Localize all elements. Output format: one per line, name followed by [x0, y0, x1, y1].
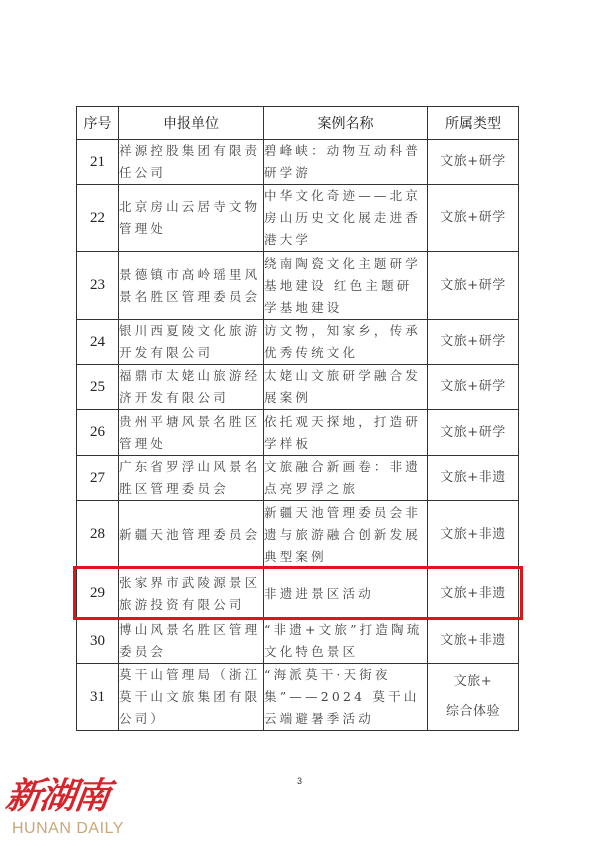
row-type-line1: 文旅+: [428, 667, 518, 697]
header-case: 案例名称: [264, 107, 428, 140]
table-row: 26 贵州平塘风景名胜区管理处 依托观天探地，打造研学样板 文旅+研学: [77, 410, 519, 456]
case-list-table: 序号 申报单位 案例名称 所属类型 21 祥源控股集团有限责任公司 碧峰峡：动物…: [76, 106, 519, 731]
row-type: 文旅+非遗: [428, 456, 519, 501]
row-number: 25: [77, 365, 119, 410]
row-number: 27: [77, 456, 119, 501]
row-case: 新疆天池管理委员会非遗与旅游融合创新发展典型案例: [264, 501, 428, 569]
row-type: 文旅+ 综合体验: [428, 664, 519, 731]
table-row: 24 银川西夏陵文化旅游开发有限公司 访文物，知家乡，传承优秀传统文化 文旅+研…: [77, 320, 519, 365]
row-case: 碧峰峡：动物互动科普研学游: [264, 140, 428, 185]
row-case: 中华文化奇迹——北京房山历史文化展走进香港大学: [264, 185, 428, 252]
row-unit: 贵州平塘风景名胜区管理处: [119, 410, 264, 456]
row-type: 文旅+非遗: [428, 501, 519, 569]
row-type: 文旅+研学: [428, 320, 519, 365]
row-number: 26: [77, 410, 119, 456]
row-case: 太姥山文旅研学融合发展案例: [264, 365, 428, 410]
header-type: 所属类型: [428, 107, 519, 140]
row-type: 文旅+研学: [428, 252, 519, 320]
row-type: 文旅+研学: [428, 410, 519, 456]
row-number: 30: [77, 619, 119, 664]
hunan-daily-logo: 新湖南 HUNAN DAILY: [6, 776, 126, 846]
row-type: 文旅+研学: [428, 365, 519, 410]
table-row: 30 博山风景名胜区管理委员会 “非遗+文旅”打造陶琉文化特色景区 文旅+非遗: [77, 619, 519, 664]
document-page: 序号 申报单位 案例名称 所属类型 21 祥源控股集团有限责任公司 碧峰峡：动物…: [0, 0, 600, 848]
row-type: 文旅+非遗: [428, 619, 519, 664]
logo-english: HUNAN DAILY: [12, 820, 126, 838]
row-number: 24: [77, 320, 119, 365]
row-case: 绕南陶瓷文化主题研学基地建设 红色主题研学基地建设: [264, 252, 428, 320]
row-unit: 福鼎市太姥山旅游经济开发有限公司: [119, 365, 264, 410]
row-number: 29: [77, 569, 119, 619]
table-header-row: 序号 申报单位 案例名称 所属类型: [77, 107, 519, 140]
row-unit: 新疆天池管理委员会: [119, 501, 264, 569]
row-type-line2: 综合体验: [428, 697, 518, 727]
row-number: 28: [77, 501, 119, 569]
row-unit: 北京房山云居寺文物管理处: [119, 185, 264, 252]
row-number: 22: [77, 185, 119, 252]
row-case: 文旅融合新画卷：非遗点亮罗浮之旅: [264, 456, 428, 501]
row-number: 31: [77, 664, 119, 731]
table-row: 31 莫干山管理局（浙江莫干山文旅集团有限公司） “海派莫干·天街夜集”——20…: [77, 664, 519, 731]
table-row-highlighted: 29 张家界市武陵源景区旅游投资有限公司 非遗进景区活动 文旅+非遗: [77, 569, 519, 619]
row-unit: 博山风景名胜区管理委员会: [119, 619, 264, 664]
row-type: 文旅+研学: [428, 140, 519, 185]
table-row: 22 北京房山云居寺文物管理处 中华文化奇迹——北京房山历史文化展走进香港大学 …: [77, 185, 519, 252]
row-unit: 祥源控股集团有限责任公司: [119, 140, 264, 185]
row-case: 非遗进景区活动: [264, 569, 428, 619]
row-unit: 张家界市武陵源景区旅游投资有限公司: [119, 569, 264, 619]
row-case: 访文物，知家乡，传承优秀传统文化: [264, 320, 428, 365]
header-unit: 申报单位: [119, 107, 264, 140]
table-row: 28 新疆天池管理委员会 新疆天池管理委员会非遗与旅游融合创新发展典型案例 文旅…: [77, 501, 519, 569]
logo-chinese: 新湖南: [3, 776, 129, 816]
row-unit: 广东省罗浮山风景名胜区管理委员会: [119, 456, 264, 501]
row-unit: 银川西夏陵文化旅游开发有限公司: [119, 320, 264, 365]
row-number: 23: [77, 252, 119, 320]
table-row: 21 祥源控股集团有限责任公司 碧峰峡：动物互动科普研学游 文旅+研学: [77, 140, 519, 185]
row-case: “海派莫干·天街夜集”——2024 莫干山云端避暑季活动: [264, 664, 428, 731]
page-number: 3: [297, 776, 302, 786]
header-number: 序号: [77, 107, 119, 140]
row-unit: 景德镇市高岭瑶里风景名胜区管理委员会: [119, 252, 264, 320]
table-row: 27 广东省罗浮山风景名胜区管理委员会 文旅融合新画卷：非遗点亮罗浮之旅 文旅+…: [77, 456, 519, 501]
table-row: 23 景德镇市高岭瑶里风景名胜区管理委员会 绕南陶瓷文化主题研学基地建设 红色主…: [77, 252, 519, 320]
table-row: 25 福鼎市太姥山旅游经济开发有限公司 太姥山文旅研学融合发展案例 文旅+研学: [77, 365, 519, 410]
row-number: 21: [77, 140, 119, 185]
row-case: 依托观天探地，打造研学样板: [264, 410, 428, 456]
row-type: 文旅+非遗: [428, 569, 519, 619]
row-type: 文旅+研学: [428, 185, 519, 252]
row-case: “非遗+文旅”打造陶琉文化特色景区: [264, 619, 428, 664]
row-unit: 莫干山管理局（浙江莫干山文旅集团有限公司）: [119, 664, 264, 731]
